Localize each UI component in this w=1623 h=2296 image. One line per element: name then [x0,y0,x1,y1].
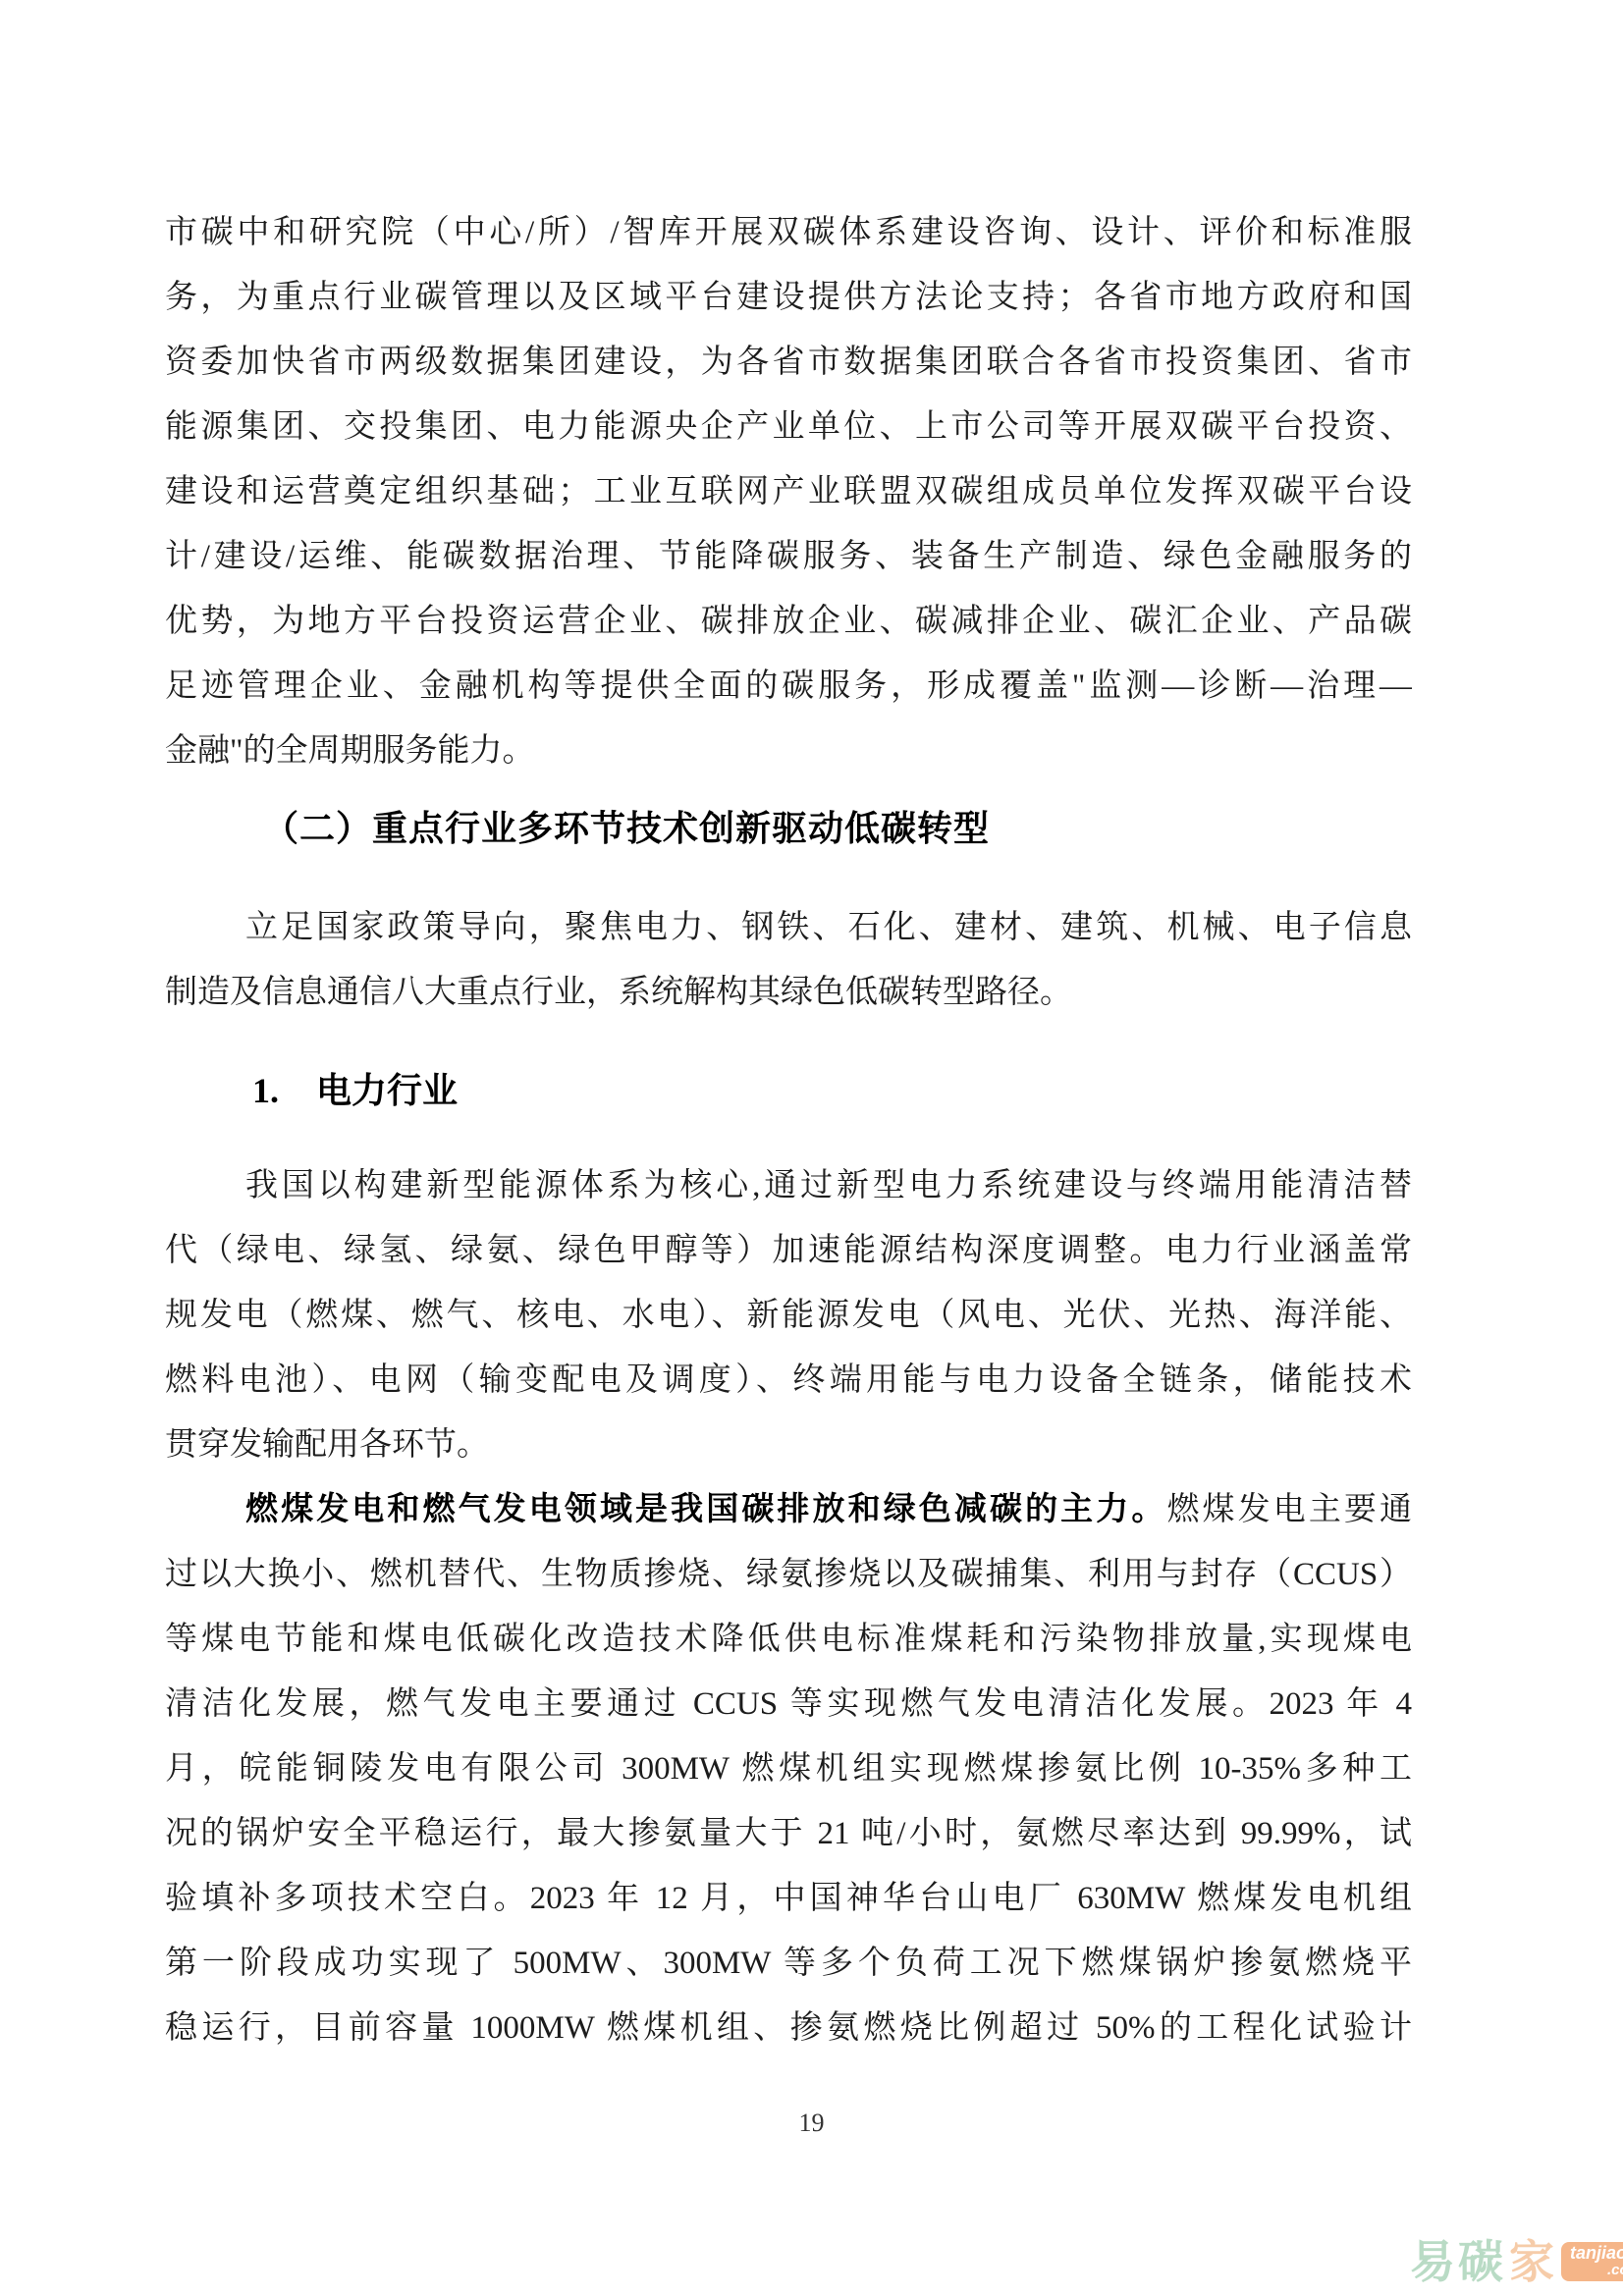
text-line: 等煤电节能和煤电低碳化改造技术降低供电标准煤耗和污染物排放量,实现煤电 [165,1607,1412,1672]
text-line: 稳运行，目前容量 1000MW 燃煤机组、掺氨燃烧比例超过 50%的工程化试验计 [165,1996,1412,2060]
paragraph: 市碳中和研究院（中心/所）/智库开展双碳体系建设咨询、设计、评价和标准服 务，为… [165,200,1412,783]
text-line: 贯穿发输配用各环节。 [165,1413,1412,1477]
text-line: 月，皖能铜陵发电有限公司 300MW 燃煤机组实现燃煤掺氨比例 10-35%多种… [165,1736,1412,1801]
text-line: 资委加快省市两级数据集团建设，为各省市数据集团联合各省市投资集团、省市 [165,330,1412,395]
text-run: 燃煤发电主要通 [1166,1492,1412,1527]
watermark-brand-en: tanjiaoyi [1570,2244,1623,2263]
subsection-number: 1. [252,1071,279,1110]
text-line: 规发电（燃煤、燃气、核电、水电）、新能源发电（风电、光伏、光热、海洋能、 [165,1283,1412,1348]
page-number: 19 [0,2109,1623,2138]
paragraph: 我国以构建新型能源体系为核心,通过新型电力系统建设与终端用能清洁替 代（绿电、绿… [165,1153,1412,1477]
watermark-domain: .com [1607,2263,1623,2278]
text-line: 务，为重点行业碳管理以及区域平台建设提供方法论支持；各省市地方政府和国 [165,265,1412,330]
text-line: 况的锅炉安全平稳运行，最大掺氨量大于 21 吨/小时，氨燃尽率达到 99.99%… [165,1801,1412,1866]
text-line: 燃煤发电和燃气发电领域是我国碳排放和绿色减碳的主力。燃煤发电主要通 [165,1477,1412,1542]
section-heading: （二）重点行业多环节技术创新驱动低碳转型 [263,789,1412,868]
watermark-badge: tanjiaoyi .com [1561,2242,1623,2281]
bold-lead-sentence: 燃煤发电和燃气发电领域是我国碳排放和绿色减碳的主力。 [245,1492,1166,1527]
text-line: 能源集团、交投集团、电力能源央企产业单位、上市公司等开展双碳平台投资、 [165,395,1412,459]
watermark-logo: 易碳家 tanjiaoyi .com [1410,2236,1623,2287]
text-line: 燃料电池）、电网（输变配电及调度）、终端用能与电力设备全链条，储能技术 [165,1348,1412,1413]
paragraph: 燃煤发电和燃气发电领域是我国碳排放和绿色减碳的主力。燃煤发电主要通 过以大换小、… [165,1477,1412,2060]
text-line: 立足国家政策导向，聚焦电力、钢铁、石化、建材、建筑、机械、电子信息 [165,895,1412,960]
text-line: 计/建设/运维、能碳数据治理、节能降碳服务、装备生产制造、绿色金融服务的 [165,524,1412,589]
text-line: 建设和运营奠定组织基础；工业互联网产业联盟双碳组成员单位发挥双碳平台设 [165,459,1412,524]
text-line: 优势，为地方平台投资运营企业、碳排放企业、碳减排企业、碳汇企业、产品碳 [165,589,1412,654]
paragraph: 立足国家政策导向，聚焦电力、钢铁、石化、建材、建筑、机械、电子信息 制造及信息通… [165,895,1412,1025]
text-line: 过以大换小、燃机替代、生物质掺烧、绿氨掺烧以及碳捕集、利用与封存（CCUS） [165,1542,1412,1607]
text-line: 金融"的全周期服务能力。 [165,719,1412,783]
text-line: 第一阶段成功实现了 500MW、300MW 等多个负荷工况下燃煤锅炉掺氨燃烧平 [165,1931,1412,1996]
document-body: 市碳中和研究院（中心/所）/智库开展双碳体系建设咨询、设计、评价和标准服 务，为… [165,200,1412,2060]
text-line: 足迹管理企业、金融机构等提供全面的碳服务，形成覆盖"监测—诊断—治理— [165,654,1412,719]
text-line: 代（绿电、绿氢、绿氨、绿色甲醇等）加速能源结构深度调整。电力行业涵盖常 [165,1218,1412,1283]
text-line: 市碳中和研究院（中心/所）/智库开展双碳体系建设咨询、设计、评价和标准服 [165,200,1412,265]
watermark-cn-green: 易碳 [1410,2236,1506,2287]
text-line: 我国以构建新型能源体系为核心,通过新型电力系统建设与终端用能清洁替 [165,1153,1412,1218]
watermark-cn-orange: 家 [1509,2236,1554,2287]
document-page: 市碳中和研究院（中心/所）/智库开展双碳体系建设咨询、设计、评价和标准服 务，为… [0,0,1623,2296]
subsection-heading: 1.电力行业 [252,1051,1412,1130]
text-line: 制造及信息通信八大重点行业，系统解构其绿色低碳转型路径。 [165,960,1412,1025]
text-line: 验填补多项技术空白。2023 年 12 月，中国神华台山电厂 630MW 燃煤发… [165,1866,1412,1931]
subsection-title: 电力行业 [316,1071,458,1110]
text-line: 清洁化发展，燃气发电主要通过 CCUS 等实现燃气发电清洁化发展。2023 年 … [165,1672,1412,1736]
